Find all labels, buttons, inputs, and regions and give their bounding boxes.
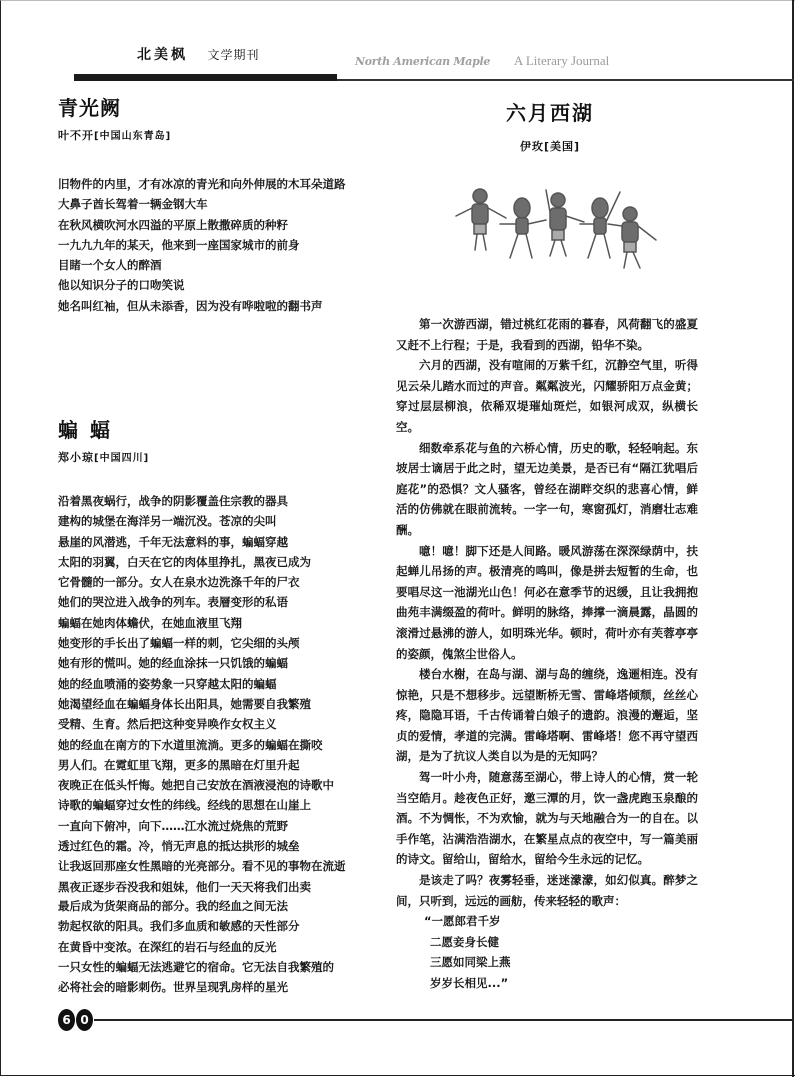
poem-1-heading: 青光阙 叶不开[中国山东青岛] bbox=[58, 92, 378, 143]
journal-brand-en: North American Maple bbox=[355, 55, 490, 68]
poem-line: 一直向下俯冲，向下……江水流过烧焦的荒野 bbox=[58, 816, 388, 836]
poem-line: 她的经血喷涌的姿势象一只穿越太阳的蝙蝠 bbox=[58, 674, 388, 694]
song-line: 二愿妾身长健 bbox=[424, 932, 698, 953]
poem-1-byline: 叶不开[中国山东青岛] bbox=[58, 127, 378, 143]
poem-line: 大鼻子酋长驾着一辆金钢大车 bbox=[58, 194, 388, 214]
essay-paragraph: 驾一叶小舟，随意荡至湖心，带上诗人的心情，赏一轮当空皓月。趁夜色正好，邀三潭的月… bbox=[396, 767, 698, 870]
poem-1-location: [中国山东青岛] bbox=[94, 131, 171, 142]
essay-song-quote: “一愿郎君千岁 二愿妾身长健 三愿如同梁上燕 岁岁长相见...” bbox=[396, 911, 698, 993]
poem-line: 她们的哭泣进入战争的列车。表層变形的私语 bbox=[58, 592, 388, 612]
essay-byline: 伊玫[美国] bbox=[400, 138, 700, 154]
essay-paragraph: 是该走了吗？夜雾轻垂，迷迷濛濛，如幻似真。醉梦之间，只听到，远远的画舫，传来轻轻… bbox=[396, 870, 698, 911]
poem-line: 必将社会的暗影刺伤。世界呈现乳房样的星光 bbox=[58, 977, 388, 997]
page-number-digit: 6 bbox=[58, 1009, 75, 1031]
journal-brand-cn: 北美枫 bbox=[137, 47, 188, 63]
poem-line: 旧物件的内里，才有冰凉的青光和向外伸展的木耳朵道路 bbox=[58, 174, 388, 194]
essay-paragraph: 噫！噫！脚下还是人间路。暖风游荡在深深绿荫中，扶起蝉儿吊扬的声。极清亮的鸣叫，像… bbox=[396, 541, 698, 665]
poem-line: 夜晚正在低头忏悔。她把自己安放在酒液浸泡的诗歌中 bbox=[58, 775, 388, 795]
essay-paragraph: 六月的西湖，没有喧闹的万紫千红，沉静空气里，听得见云朵儿踏水而过的声音。粼粼波光… bbox=[396, 355, 698, 437]
journal-header-cn: 北美枫 文学期刊 bbox=[137, 44, 260, 64]
song-line: 岁岁长相见...” bbox=[424, 973, 698, 994]
poem-line: 她的经血在南方的下水道里流淌。更多的蝙蝠在撕咬 bbox=[58, 735, 388, 755]
poem-1-author: 叶不开 bbox=[58, 129, 94, 142]
poem-2-stanza-1: 沿着黑夜蜗行，战争的阴影覆盖住宗教的器具 建构的城堡在海洋另一端沉没。苍凉的尖叫… bbox=[58, 491, 388, 897]
poem-2-author: 郑小琼 bbox=[58, 451, 94, 464]
poem-line: 它骨髓的一部分。女人在泉水边洗涤千年的尸衣 bbox=[58, 572, 388, 592]
poem-line: 受精、生育。然后把这种变异唤作女权主义 bbox=[58, 714, 388, 734]
poem-line: 蝙蝠在她肉体蟾伏，在她血液里飞翔 bbox=[58, 613, 388, 633]
page-right-edge bbox=[792, 0, 794, 1077]
poem-line: 让我返回那座女性黑暗的光亮部分。看不见的事物在流逝 bbox=[58, 856, 388, 876]
poem-line: 男人们。在霓虹里飞翔，更多的黑暗在灯里升起 bbox=[58, 755, 388, 775]
essay-author: 伊玫 bbox=[520, 140, 544, 153]
poem-2-title: 蝙蝠 bbox=[58, 414, 149, 443]
poem-line: 一只女性的蝙蝠无法逃避它的宿命。它无法自我繁殖的 bbox=[58, 957, 388, 977]
poem-line: 目睹一个女人的醉酒 bbox=[58, 255, 388, 275]
footer-rule bbox=[94, 1019, 794, 1021]
poem-line: 他以知识分子的口吻笑说 bbox=[58, 275, 388, 295]
poem-line: 她渴望经血在蝙蝠身体长出阳具，她需要自我繁殖 bbox=[58, 694, 388, 714]
page-number: 6 0 bbox=[58, 1009, 94, 1031]
poem-line: 一九九九年的某天，他来到一座国家城市的前身 bbox=[58, 235, 388, 255]
poem-line: 她有形的慌叫。她的经血涂抹一只饥饿的蝙蝠 bbox=[58, 653, 388, 673]
poem-1-body: 旧物件的内里，才有冰凉的青光和向外伸展的木耳朵道路 大鼻子酋长驾着一辆金钢大车 … bbox=[58, 174, 388, 316]
poem-line: 透过红色的霜。冷，悄无声息的抵达拱形的城垒 bbox=[58, 836, 388, 856]
poem-line: 黑夜正逐步吞没我和姐妹，他们一天天将我们出卖 bbox=[58, 877, 388, 897]
poem-line: 在秋风横吹河水四溢的平原上散撒碎质的种籽 bbox=[58, 215, 388, 235]
song-line: “一愿郎君千岁 bbox=[424, 911, 698, 932]
dancing-figures-illustration bbox=[450, 178, 680, 270]
poem-2-byline: 郑小琼[中国四川] bbox=[58, 449, 149, 465]
essay-paragraph: 楼台水榭，在岛与湖、湖与岛的缠绕，逸逦相连。没有惊艳，只是不想移步。远望断桥无雪… bbox=[396, 664, 698, 767]
song-line: 三愿如同梁上燕 bbox=[424, 952, 698, 973]
journal-header-en: North American Maple A Literary Journal bbox=[355, 53, 609, 69]
essay-body: 第一次游西湖，错过桃红花雨的暮春，风荷翻飞的盛夏又赶不上行程；于是，我看到的西湖… bbox=[396, 314, 698, 994]
poem-2-stanza-2: 最后成为货架商品的部分。我的经血之间无法 勃起权欲的阳具。我们多血质和敏感的天性… bbox=[58, 896, 388, 997]
poem-1-title: 青光阙 bbox=[58, 92, 378, 121]
essay-paragraph: 细数牵系花与鱼的六桥心情，历史的歌，轻轻响起。东坡居士谪居于此之时，望无边美景，… bbox=[396, 438, 698, 541]
poem-line: 她变形的手长出了蝙蝠一样的刺，它尖细的头颅 bbox=[58, 633, 388, 653]
poem-line: 勃起权欲的阳具。我们多血质和敏感的天性部分 bbox=[58, 916, 388, 936]
journal-subtitle-cn: 文学期刊 bbox=[208, 48, 260, 62]
poem-2-heading: 蝙蝠 郑小琼[中国四川] bbox=[58, 414, 149, 465]
poem-line: 她名叫红袖，但从未添香，因为没有哗啦啦的翻书声 bbox=[58, 296, 388, 316]
poem-line: 最后成为货架商品的部分。我的经血之间无法 bbox=[58, 896, 388, 916]
page-number-digit: 0 bbox=[76, 1009, 93, 1031]
poem-line: 沿着黑夜蜗行，战争的阴影覆盖住宗教的器具 bbox=[58, 491, 388, 511]
poem-line: 诗歌的蝙蝠穿过女性的纬线。经线的思想在山崖上 bbox=[58, 795, 388, 815]
header-rule-thin bbox=[337, 79, 794, 81]
essay-location: [美国] bbox=[544, 140, 580, 153]
journal-subtitle-en: A Literary Journal bbox=[514, 53, 609, 68]
header-rule-thick bbox=[74, 74, 337, 81]
essay-paragraph: 第一次游西湖，错过桃红花雨的暮春，风荷翻飞的盛夏又赶不上行程；于是，我看到的西湖… bbox=[396, 314, 698, 355]
poem-line: 悬崖的风潜逃，千年无法意料的事，蝙蝠穿越 bbox=[58, 532, 388, 552]
poem-2-location: [中国四川] bbox=[94, 453, 149, 464]
poem-line: 在黄昏中变浓。在深红的岩石与经血的反光 bbox=[58, 937, 388, 957]
poem-line: 太阳的羽翼，白天在它的肉体里挣扎，黑夜已成为 bbox=[58, 552, 388, 572]
essay-title: 六月西湖 bbox=[400, 97, 700, 126]
poem-line: 建构的城堡在海洋另一端沉没。苍凉的尖叫 bbox=[58, 511, 388, 531]
